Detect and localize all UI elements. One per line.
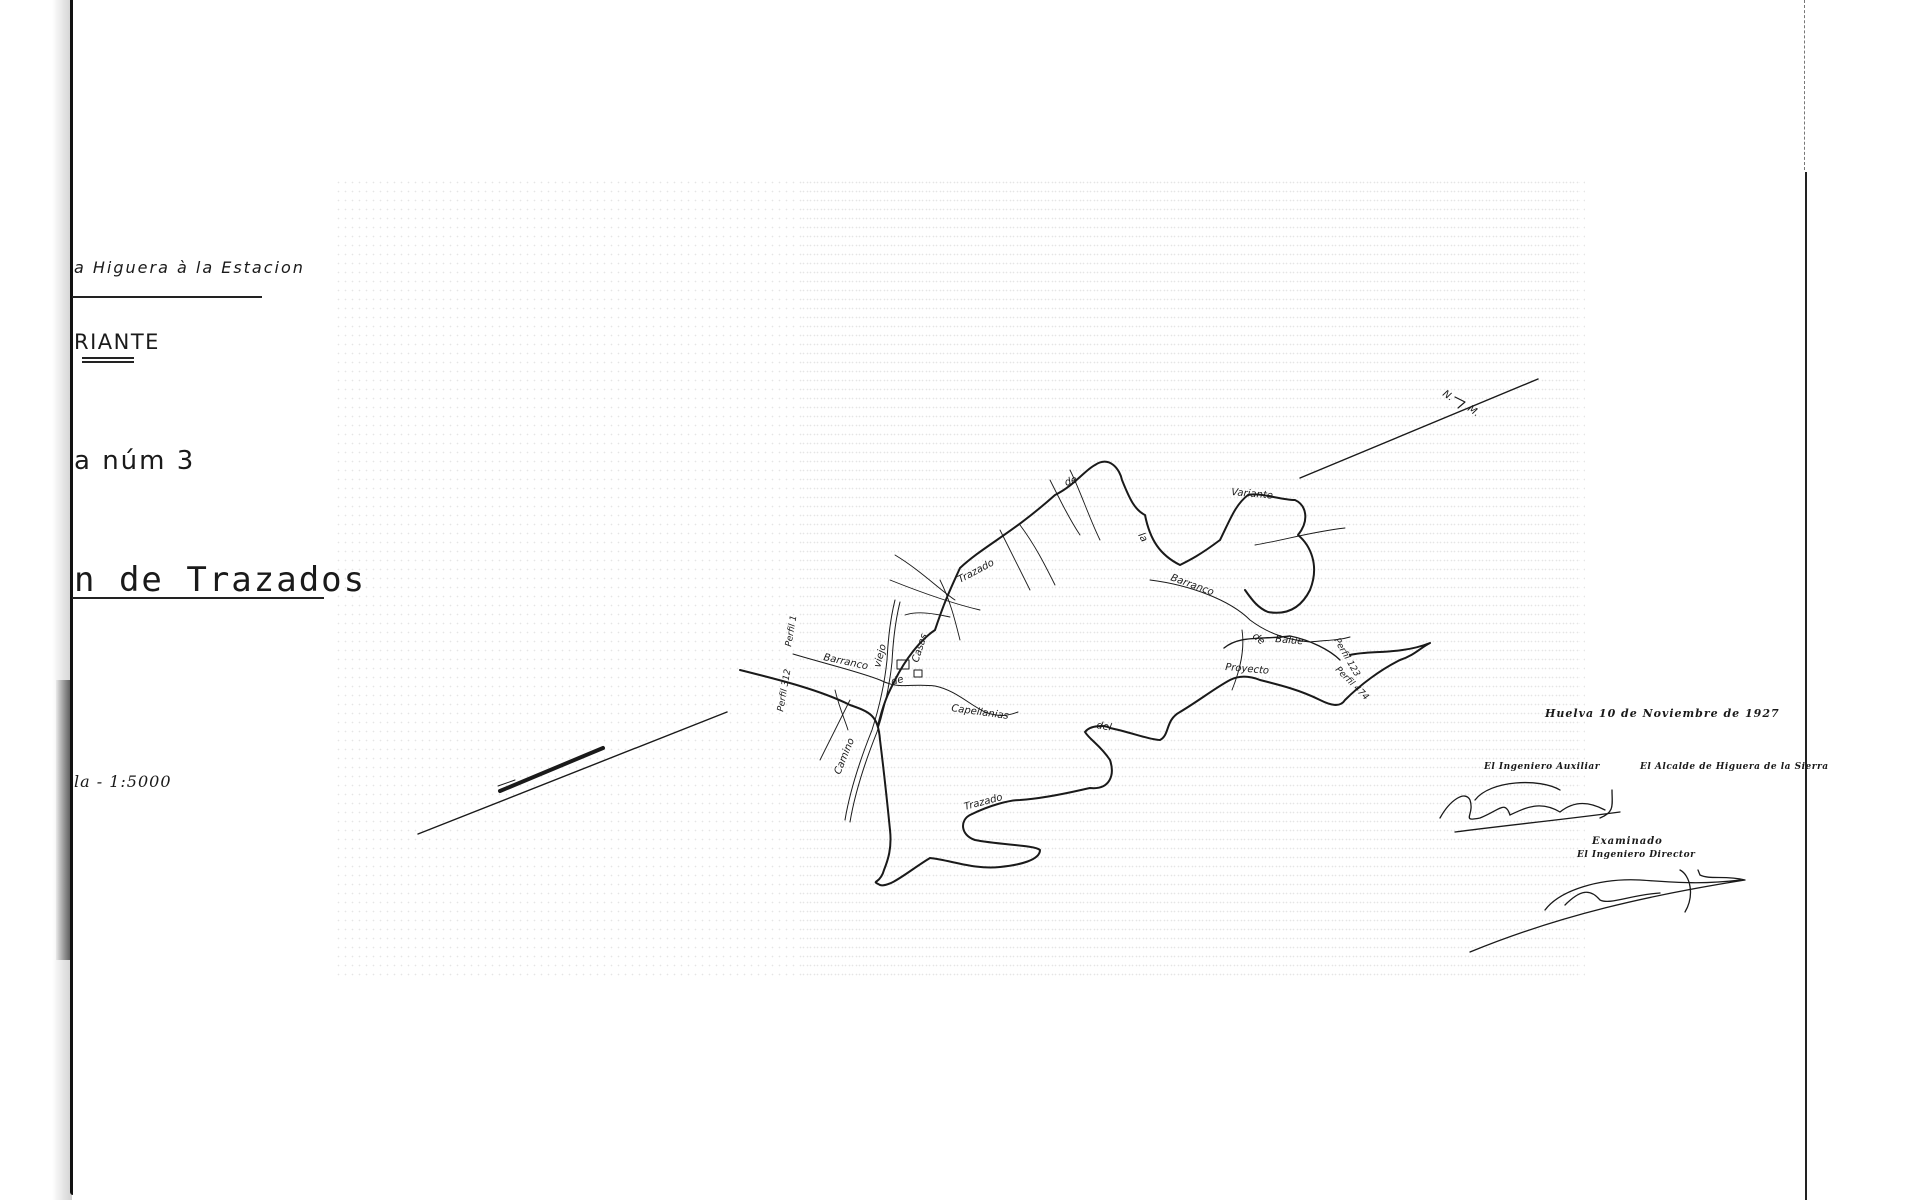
north-label-n: N. xyxy=(1440,388,1455,403)
house-2 xyxy=(914,670,922,677)
meridian-line-left xyxy=(418,712,727,834)
label-camino: Camino xyxy=(833,737,857,776)
meridian-arrow-body xyxy=(500,748,603,791)
role-mayor: El Alcalde de Higuera de la Sierra xyxy=(1640,762,1829,772)
label-la-variante: la xyxy=(1135,531,1149,544)
label-trazado-variante: Trazado xyxy=(956,557,996,585)
label-casas: Casas xyxy=(910,632,930,664)
meridian-line-right xyxy=(1300,379,1538,478)
north-arrow-head xyxy=(1455,397,1465,408)
document-sheet: a Higuera à la Estacion RIANTE a núm 3 n… xyxy=(0,0,1920,1200)
label-de-variante: de xyxy=(1063,474,1079,489)
north-label-m: M. xyxy=(1465,403,1481,419)
road-camino-viejo xyxy=(845,600,895,820)
label-perfil-312: Perfil 312 xyxy=(776,668,793,712)
tributaries xyxy=(820,470,1345,760)
role-director-engineer: El Ingeniero Director xyxy=(1577,850,1695,860)
examined-label: Examinado xyxy=(1592,836,1663,847)
label-de-balue: de xyxy=(1250,631,1267,647)
stream-balue xyxy=(1150,580,1350,642)
label-barranco-balue: Barranco xyxy=(1169,572,1215,598)
signature-director-engineer xyxy=(1470,870,1745,952)
label-capellanias: Capellanias xyxy=(951,703,1010,722)
map-drawing: N. M. Trazado de la Variante Trazado del… xyxy=(0,0,1920,1200)
role-auxiliary-engineer: El Ingeniero Auxiliar xyxy=(1484,762,1600,772)
label-del-proyecto: del xyxy=(1095,720,1112,734)
place-date: Huelva 10 de Noviembre de 1927 xyxy=(1545,707,1780,720)
label-variante: Variante xyxy=(1231,487,1274,502)
label-balue: Balue xyxy=(1275,634,1304,647)
label-perfil-1: Perfil 1 xyxy=(784,615,799,648)
route-variante xyxy=(878,462,1314,726)
signature-auxiliary-engineer xyxy=(1440,783,1620,832)
label-proyecto: Proyecto xyxy=(1225,662,1270,677)
